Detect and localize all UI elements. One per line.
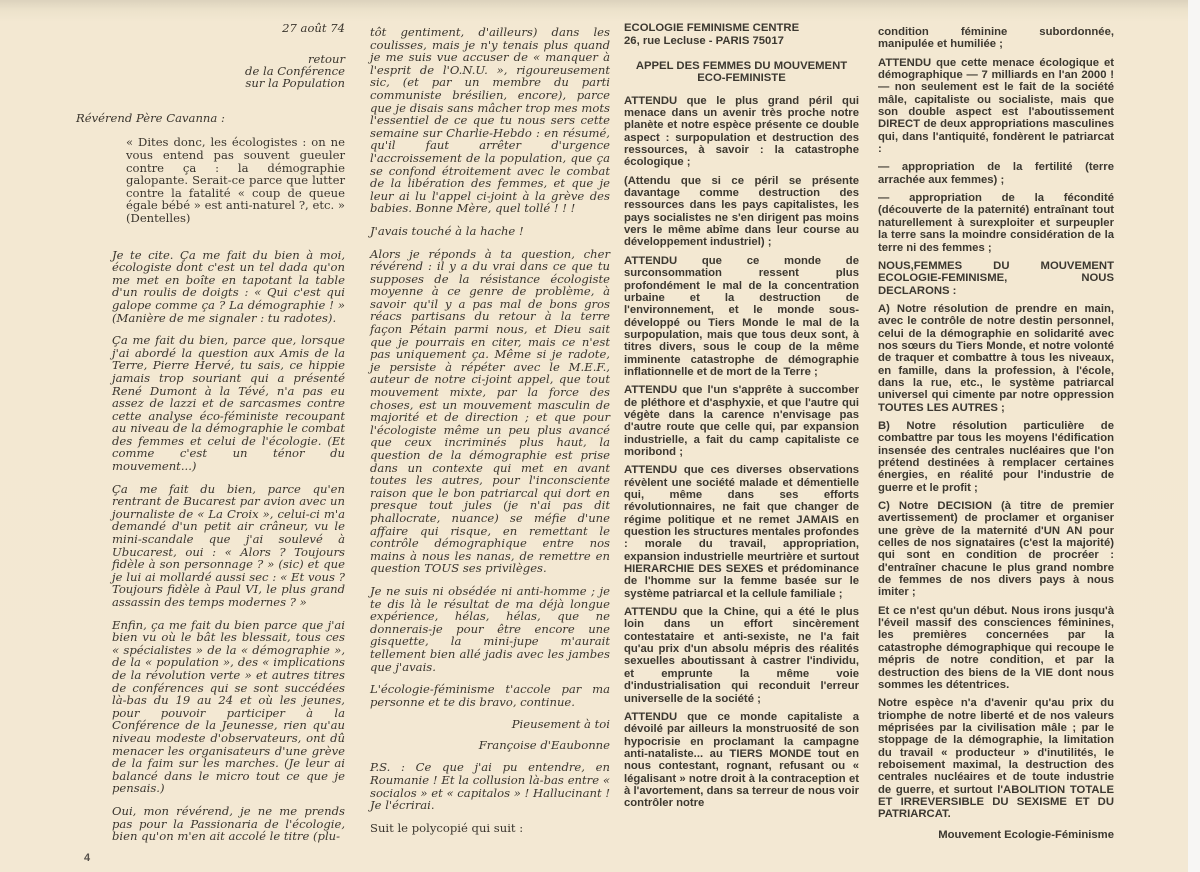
- letter-column-2: tôt gentiment, d'ailleurs) dans les coul…: [370, 26, 610, 844]
- org-name: ECOLOGIE FEMINISME CENTRE: [624, 22, 799, 34]
- letter-paragraph-continuation: tôt gentiment, d'ailleurs) dans les coul…: [370, 26, 610, 215]
- appeal-column-2: condition féminine subordonnée, manipulé…: [878, 26, 1114, 847]
- letter-signature: Françoise d'Eaubonne: [370, 739, 610, 752]
- appeal-column-1: ECOLOGIE FEMINISME CENTRE 26, rue Leclus…: [624, 0, 859, 816]
- appeal-paragraph: Notre espèce n'a d'avenir qu'au prix du …: [878, 697, 1114, 820]
- letter-paragraph: J'avais touché à la hache !: [370, 225, 610, 238]
- letter-salutation: Révérend Père Cavanna :: [76, 112, 345, 125]
- appeal-paragraph: Et ce n'est qu'un début. Nous irons jusq…: [878, 605, 1114, 691]
- appeal-point-b: B) Notre résolution particulière de comb…: [878, 420, 1114, 494]
- appeal-paragraph: ATTENDU que ce monde de surconsommation …: [624, 255, 859, 378]
- letter-transition: Suit le polycopié qui suit :: [370, 822, 610, 835]
- appeal-point-c: C) Notre DECISION (à titre de premier av…: [878, 500, 1114, 599]
- appeal-signature: Mouvement Ecologie-Féminisme: [878, 829, 1114, 841]
- appeal-paragraph: ATTENDU que la Chine, qui a été le plus …: [624, 606, 859, 705]
- origin-line: sur la Population: [245, 76, 345, 90]
- org-address: 26, rue Lecluse - PARIS 75017: [624, 35, 784, 47]
- letter-postscript: P.S. : Ce que j'ai pu entendre, en Rouma…: [370, 761, 610, 811]
- letter-paragraph: Je te cite. Ça me fait du bien à moi, éc…: [112, 249, 345, 325]
- appeal-paragraph: — appropriation de la fertilité (terre a…: [878, 161, 1114, 186]
- letter-origin: retour de la Conférence sur la Populatio…: [112, 53, 345, 90]
- appeal-declaration: NOUS,FEMMES DU MOUVEMENT ECOLOGIE-FEMINI…: [878, 260, 1114, 297]
- appeal-paragraph: condition féminine subordonnée, manipulé…: [878, 26, 1114, 51]
- appeal-paragraph: (Attendu que si ce péril se présente dav…: [624, 175, 859, 249]
- appeal-paragraph: ATTENDU que le plus grand péril qui mena…: [624, 95, 859, 169]
- appeal-point-a: A) Notre résolution de prendre en main, …: [878, 303, 1114, 414]
- appeal-title: APPEL DES FEMMES DU MOUVEMENT ECO-FEMINI…: [624, 60, 859, 85]
- magazine-page: 27 août 74 retour de la Conférence sur l…: [0, 0, 1188, 872]
- appeal-paragraph: ATTENDU que l'un s'apprête à succomber d…: [624, 384, 859, 458]
- letter-paragraph: Ça me fait du bien, parce que, lorsque j…: [112, 334, 345, 473]
- letter-paragraph: Je ne suis ni obsédée ni anti-homme ; je…: [370, 585, 610, 673]
- page-number: 4: [84, 852, 90, 864]
- letter-paragraph: Alors je réponds à ta question, cher rév…: [370, 248, 610, 575]
- appeal-paragraph: ATTENDU que cette menace écologique et d…: [878, 57, 1114, 156]
- letter-closing: Pieusement à toi: [370, 718, 610, 731]
- appeal-paragraph: ATTENDU que ce monde capitaliste a dévoi…: [624, 711, 859, 810]
- letter-paragraph: L'écologie-féminisme t'accole par ma per…: [370, 683, 610, 708]
- letter-paragraph: Ça me fait du bien, parce qu'en rentrant…: [112, 483, 345, 609]
- appeal-paragraph: ATTENDU que ces diverses observations ré…: [624, 464, 859, 600]
- letter-paragraph: Enfin, ça me fait du bien parce que j'ai…: [112, 619, 345, 795]
- org-block: ECOLOGIE FEMINISME CENTRE 26, rue Leclus…: [624, 22, 859, 48]
- appeal-paragraph: — appropriation de la fécondité (découve…: [878, 192, 1114, 254]
- letter-column-1: 27 août 74 retour de la Conférence sur l…: [112, 0, 345, 853]
- letter-quote: « Dites donc, les écologistes : on ne vo…: [126, 136, 345, 224]
- scan-edge: [1188, 0, 1200, 872]
- letter-dateline: 27 août 74: [112, 22, 345, 35]
- letter-paragraph-continued: Oui, mon révérend, je ne me prends pas p…: [112, 805, 345, 843]
